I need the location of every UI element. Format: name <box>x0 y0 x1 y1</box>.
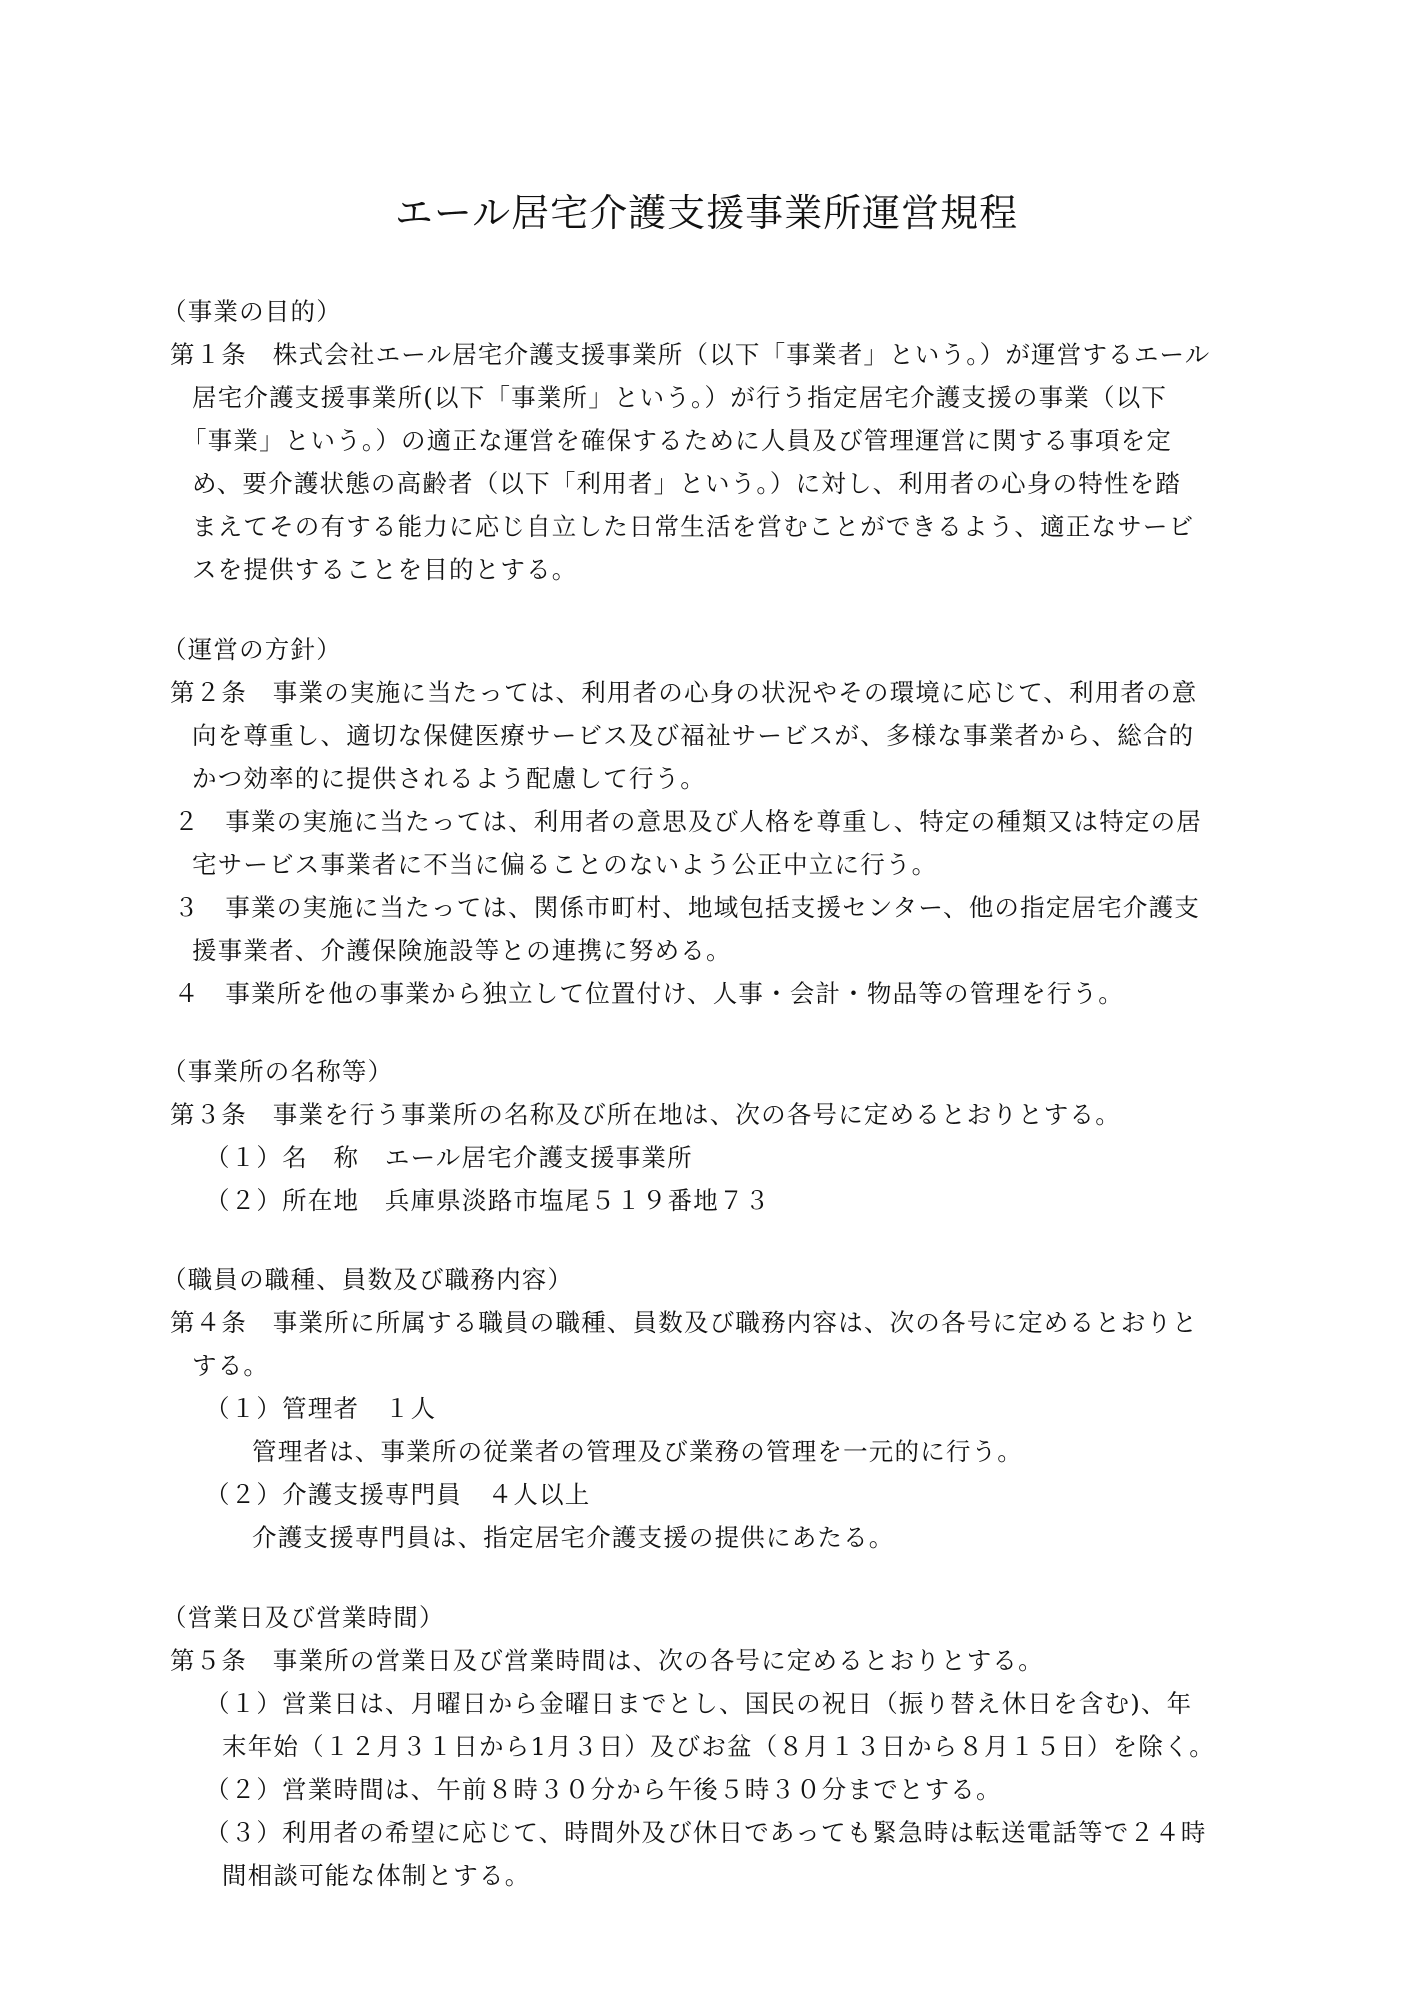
article-1-line: 第１条 株式会社エール居宅介護支援事業所（以下「事業者」という。）が運営するエー… <box>170 333 1210 376</box>
article-2-line: 向を尊重し、適切な保健医療サービス及び福祉サービスが、多様な事業者から、総合的 <box>192 714 1194 757</box>
article-4-item-2: （２）介護支援専門員 ４人以上 <box>205 1473 591 1516</box>
article-4-line: する。 <box>192 1344 269 1387</box>
section-heading-purpose: （事業の目的） <box>162 290 342 333</box>
article-5-item-3: （３）利用者の希望に応じて、時間外及び休日であっても緊急時は転送電話等で２４時 <box>205 1811 1207 1854</box>
article-2-clause-3-cont: 援事業者、介護保険施設等との連携に努める。 <box>192 929 732 972</box>
article-2-clause-2: ２ 事業の実施に当たっては、利用者の意思及び人格を尊重し、特定の種類又は特定の居 <box>174 800 1202 843</box>
article-4-item-2-desc: 介護支援専門員は、指定居宅介護支援の提供にあたる。 <box>252 1516 895 1559</box>
article-2-clause-4: ４ 事業所を他の事業から独立して位置付け、人事・会計・物品等の管理を行う。 <box>174 972 1124 1015</box>
article-5-item-1: （１）営業日は、月曜日から金曜日までとし、国民の祝日（振り替え休日を含む)、年 <box>205 1682 1192 1725</box>
article-2-clause-2-cont: 宅サービス事業者に不当に偏ることのないよう公正中立に行う。 <box>192 843 937 886</box>
article-5-line: 第５条 事業所の営業日及び営業時間は、次の各号に定めるとおりとする。 <box>170 1639 1044 1682</box>
article-2-line: 第２条 事業の実施に当たっては、利用者の心身の状況やその環境に応じて、利用者の意 <box>170 671 1198 714</box>
document-title: エール居宅介護支援事業所運営規程 <box>0 188 1413 238</box>
article-2-clause-3: ３ 事業の実施に当たっては、関係市町村、地域包括支援センター、他の指定居宅介護支 <box>174 886 1200 929</box>
section-heading-policy: （運営の方針） <box>162 628 342 671</box>
article-4-item-1: （１）管理者 １人 <box>205 1387 436 1430</box>
section-heading-name: （事業所の名称等） <box>162 1050 393 1093</box>
article-4-item-1-desc: 管理者は、事業所の従業者の管理及び業務の管理を一元的に行う。 <box>252 1430 1023 1473</box>
article-1-line: 「事業」という。）の適正な運営を確保するために人員及び管理運営に関する事項を定 <box>182 419 1172 462</box>
article-1-line: め、要介護状態の高齢者（以下「利用者」という。）に対し、利用者の心身の特性を踏 <box>192 462 1181 505</box>
article-5-item-3-cont: 間相談可能な体制とする。 <box>222 1854 530 1897</box>
section-heading-hours: （営業日及び営業時間） <box>162 1596 445 1639</box>
article-5-item-2: （２）営業時間は、午前８時３０分から午後５時３０分までとする。 <box>205 1768 1002 1811</box>
article-3-item-1: （１）名 称 エール居宅介護支援事業所 <box>205 1136 693 1179</box>
document-page: エール居宅介護支援事業所運営規程 （事業の目的） 第１条 株式会社エール居宅介護… <box>0 0 1413 2000</box>
article-2-line: かつ効率的に提供されるよう配慮して行う。 <box>192 757 706 800</box>
article-1-line: スを提供することを目的とする。 <box>192 548 578 591</box>
article-3-item-2: （２）所在地 兵庫県淡路市塩尾５１９番地７３ <box>205 1179 770 1222</box>
section-heading-staff: （職員の職種、員数及び職務内容） <box>162 1258 573 1301</box>
article-1-line: まえてその有する能力に応じ自立した日常生活を営むことができるよう、適正なサービ <box>192 505 1194 548</box>
article-5-item-1-cont: 末年始（１２月３１日から1月３日）及びお盆（８月１３日から８月１５日）を除く。 <box>222 1725 1215 1768</box>
article-1-line: 居宅介護支援事業所(以下「事業所」という。）が行う指定居宅介護支援の事業（以下 <box>192 376 1167 419</box>
article-3-line: 第３条 事業を行う事業所の名称及び所在地は、次の各号に定めるとおりとする。 <box>170 1093 1121 1136</box>
article-4-line: 第４条 事業所に所属する職員の職種、員数及び職務内容は、次の各号に定めるとおりと <box>170 1301 1198 1344</box>
